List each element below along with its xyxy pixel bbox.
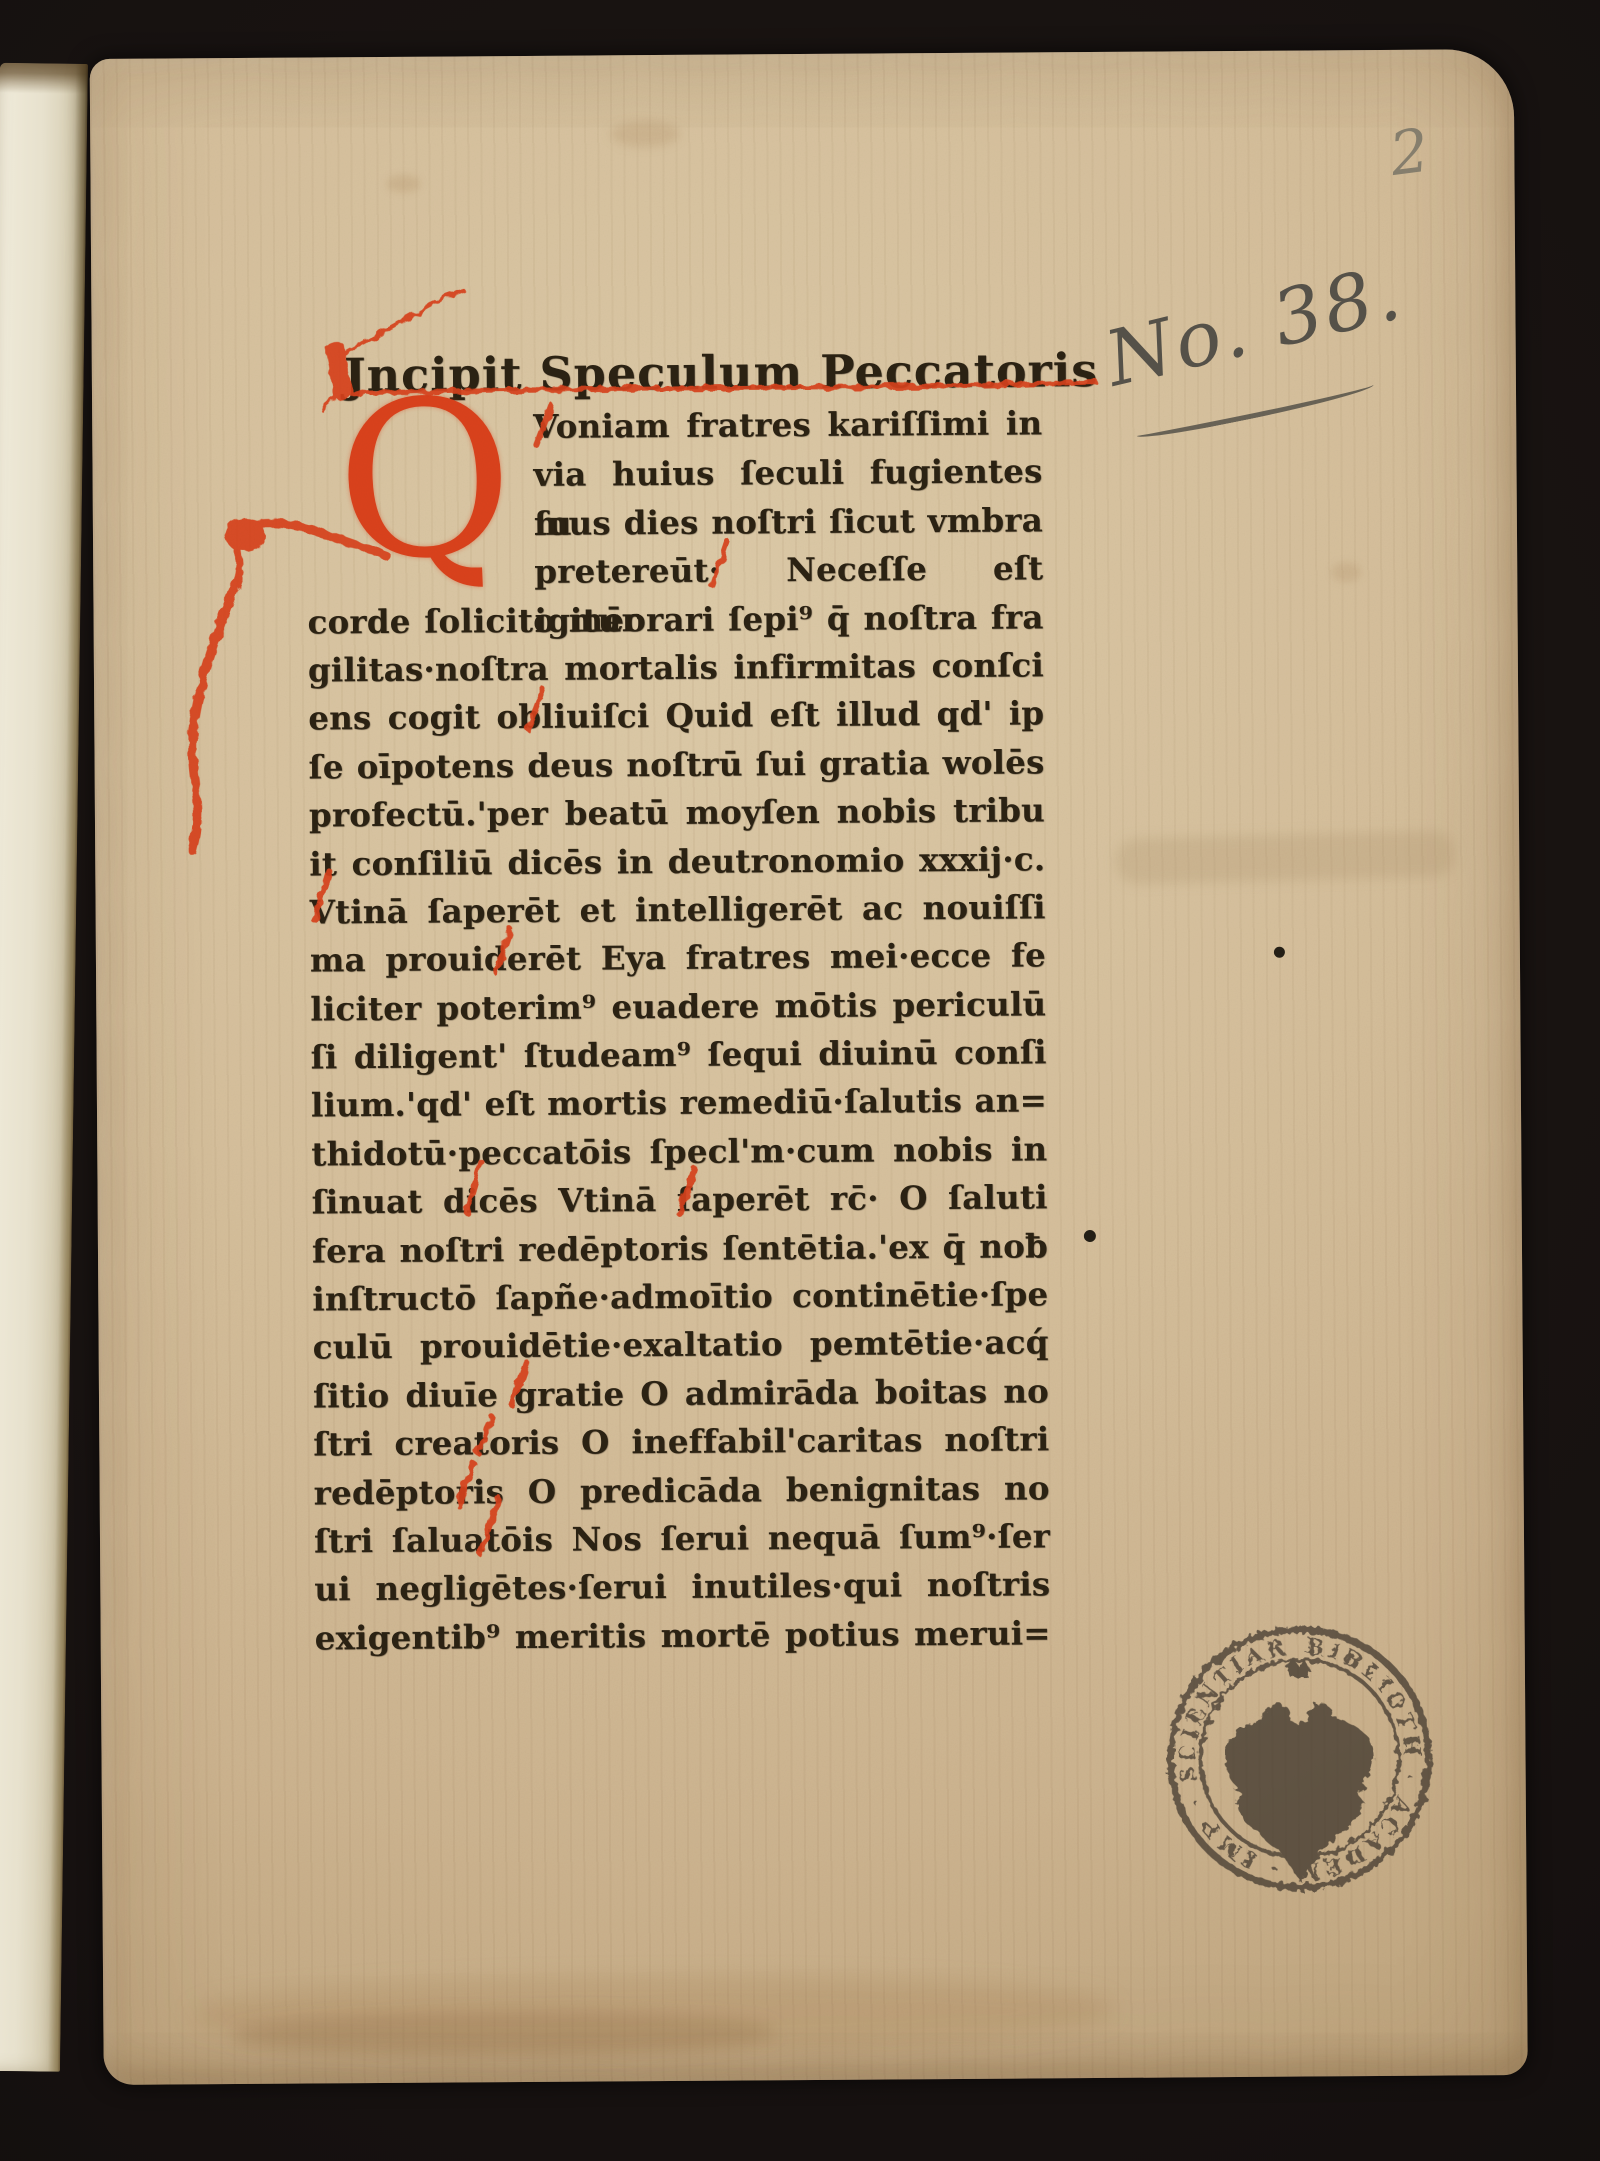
text-line: ſi diligent' ſtudeam⁹ ſequi diuinū conſi xyxy=(310,1028,1046,1082)
text-line: lium.'qd' eſt mortis remediū·ſalutis an= xyxy=(311,1077,1047,1131)
text-line: exigentib⁹ meritis mortē potius merui= xyxy=(315,1609,1051,1663)
text-line: Voniam fratres kariſſimi in xyxy=(306,399,1042,453)
book-page: 2 No. 38. Jncipit Speculum Peccatoris Q … xyxy=(90,49,1528,2085)
text-block: Voniam fratres kariſſimi invia huius ſec… xyxy=(306,399,1051,1662)
text-line: profectū.'per beatū moyſen nobis tribu xyxy=(309,786,1045,840)
text-line: ſitio diuīe gratie O admirāda boitas no xyxy=(313,1367,1049,1421)
text-line: culū prouidētie·exaltatio pemtētie·acq́ xyxy=(312,1319,1048,1373)
photo-backdrop: 2 No. 38. Jncipit Speculum Peccatoris Q … xyxy=(0,0,1600,2161)
text-line: gilitas·noſtra mortalis infirmitas conſc… xyxy=(308,641,1044,695)
ink-showthrough xyxy=(1115,831,1456,885)
initial-tail-blob xyxy=(225,518,265,552)
foxing-spot xyxy=(610,121,680,147)
text-line: mus dies noſtri ſicut vmbra xyxy=(307,496,1043,550)
ink-dot xyxy=(1084,1230,1096,1242)
text-line: it conſiliū dicēs in deutronomio xxxij·c… xyxy=(309,835,1045,889)
text-line: liciter poterim⁹ euadere mōtis periculū xyxy=(310,980,1046,1034)
text-line: pretereūt· Neceſſe eſt igitur xyxy=(307,545,1043,599)
text-line: ui negligētes·ſerui inutiles·qui noſtris xyxy=(314,1561,1050,1615)
text-line: ſtri creatoris O ineffabil'caritas noſtr… xyxy=(313,1416,1049,1470)
text-line: via huius ſeculi fugientes ſu xyxy=(306,448,1042,502)
facing-page-edge xyxy=(0,63,88,2072)
text-line: fera noſtri redēptoris ſentētia.'ex q̄ n… xyxy=(312,1222,1048,1276)
water-stain xyxy=(233,2010,773,2058)
text-line: ſe oīpotens deus noſtrū ſui gratia wolēs xyxy=(308,738,1044,792)
text-line: ma prouiderēt Eya fratres mei·ecce fe xyxy=(310,932,1046,986)
library-stamp: BIBLIOTH · ACADEM · IMP · SCIENTIAR · xyxy=(1160,1619,1440,1899)
foxing-spot xyxy=(1331,562,1361,582)
text-line: redēptoris O predicāda benignitas no xyxy=(314,1464,1050,1518)
text-line: ſinuat dicēs Vtinā ſaperēt rc̄· O ſaluti xyxy=(311,1174,1047,1228)
text-line: Vtinā ſaperēt et intelligerēt ac nouiſſi xyxy=(309,883,1045,937)
water-stain xyxy=(193,1974,1113,2052)
ink-dot xyxy=(1274,947,1285,958)
text-line: ens cogit obliuiſci Quid eſt illud qd' i… xyxy=(308,690,1044,744)
text-line: corde ſolicito mēorari ſepi⁹ q̄ noſtra f… xyxy=(307,593,1043,647)
text-line: ſtri ſaluatōis Nos ſerui nequā ſum⁹·ſer xyxy=(314,1512,1050,1566)
text-line: inſtructō ſapñe·admoītio continētie·ſpe xyxy=(312,1270,1048,1324)
text-line: thidotū·peccatōis ſpecl'm·cum nobis in xyxy=(311,1125,1047,1179)
folio-number: 2 xyxy=(1386,116,1433,190)
foxing-spot xyxy=(386,175,420,193)
